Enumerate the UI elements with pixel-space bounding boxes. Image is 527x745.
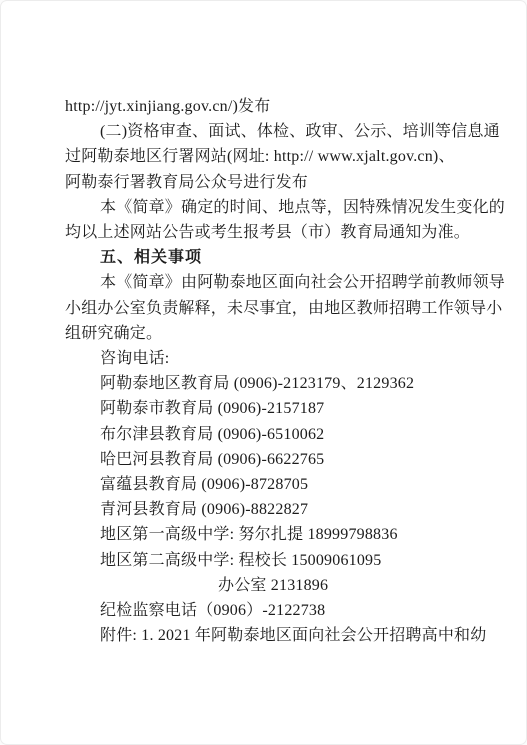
text-line: 地区第一高级中学: 努尔扎提 18999798836 [65, 522, 471, 547]
text-line: 纪检监察电话（0906）-2122738 [65, 598, 471, 623]
text-line: 阿勒泰行署教育局公众号进行发布 [65, 170, 471, 195]
document-viewport: http://jyt.xinjiang.gov.cn/)发布(二)资格审查、面试… [0, 0, 527, 745]
text-line: http://jyt.xinjiang.gov.cn/)发布 [65, 94, 471, 119]
text-line: 阿勒泰市教育局 (0906)-2157187 [65, 396, 471, 421]
text-line: 阿勒泰地区教育局 (0906)-2123179、2129362 [65, 371, 471, 396]
text-line: 青河县教育局 (0906)-8822827 [65, 497, 471, 522]
section-heading: 五、相关事项 [65, 245, 471, 270]
document-page: http://jyt.xinjiang.gov.cn/)发布(二)资格审查、面试… [0, 0, 527, 745]
text-line: 附件: 1. 2021 年阿勒泰地区面向社会公开招聘高中和幼 [65, 623, 471, 648]
text-line: 布尔津县教育局 (0906)-6510062 [65, 422, 471, 447]
text-line: 小组办公室负责解释，未尽事宜，由地区教师招聘工作领导小 [65, 296, 471, 321]
document-body: http://jyt.xinjiang.gov.cn/)发布(二)资格审查、面试… [65, 94, 471, 648]
text-line: 组研究确定。 [65, 321, 471, 346]
text-line: 富蕴县教育局 (0906)-8728705 [65, 472, 471, 497]
text-line: 地区第二高级中学: 程校长 15009061095 [65, 548, 471, 573]
text-line: 哈巴河县教育局 (0906)-6622765 [65, 447, 471, 472]
text-line: 办公室 2131896 [65, 573, 471, 598]
text-line: 本《简章》由阿勒泰地区面向社会公开招聘学前教师领导 [65, 270, 471, 295]
text-line: 过阿勒泰地区行署网站(网址: http:// www.xjalt.gov.cn)… [65, 144, 471, 169]
text-line: 咨询电话: [65, 346, 471, 371]
text-line: 均以上述网站公告或考生报考县（市）教育局通知为准。 [65, 220, 471, 245]
text-line: 本《简章》确定的时间、地点等，因特殊情况发生变化的 [65, 195, 471, 220]
text-line: (二)资格审查、面试、体检、政审、公示、培训等信息通 [65, 119, 471, 144]
